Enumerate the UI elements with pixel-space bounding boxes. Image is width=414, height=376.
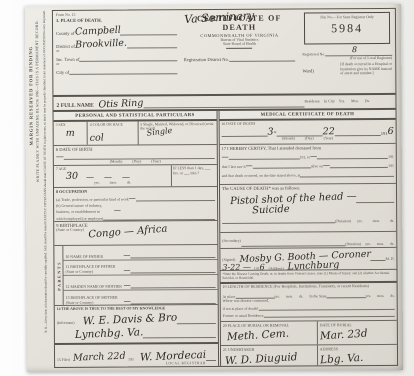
personal-column: PERSONAL AND STATISTICAL PARTICULARS 3 S… [54, 111, 221, 367]
certification-field: 17 I HEREBY CERTIFY, That I attended dec… [220, 144, 396, 185]
fill-line [335, 128, 381, 136]
sex-field: 3 SEX m [54, 122, 88, 145]
file-number: 5984 [305, 21, 389, 37]
fill-line [327, 290, 366, 298]
fill-line [69, 66, 177, 75]
father-birthplace-row: 11 BIRTHPLACE OF FATHER(State or Country… [63, 260, 217, 276]
burial-value: Meth. Cem. [226, 326, 314, 343]
county-value: Campbell [74, 25, 120, 38]
certificate-form: Form No. 13 1. PLACE OF DEATH. County of… [52, 8, 398, 368]
filed-year-printed: 191 [128, 357, 134, 361]
sex-value: m [56, 128, 85, 139]
file-number-section: File No.—For State Registrar Only 5984 R… [299, 9, 395, 94]
age-value: 30 [66, 171, 78, 182]
fill-line [127, 40, 177, 48]
contributory-duration-label: (Duration) [345, 242, 361, 246]
certify-dash: — [246, 162, 253, 170]
residence-sub-label: In City [324, 100, 335, 104]
fill-line [229, 151, 300, 159]
age-dash: — [104, 173, 112, 182]
full-name-label: 2 FULL NAME [56, 103, 93, 109]
district-value: Brookville. [75, 38, 127, 51]
mother-birthplace-label: 13 BIRTHPLACE OF MOTHER(State or Country… [66, 296, 124, 305]
occupation-a-label: (a) Trade, profession, or particular kin… [56, 198, 129, 202]
local-registrar-use-note: (For use of Local Registrar) [302, 56, 392, 61]
registered-no-value: 8 [352, 45, 357, 54]
date-of-death-field: 16 DATE OF DEATH 3- 22 191 6 (Month) (Da… [219, 120, 395, 145]
certify-191c: 191 [388, 164, 394, 168]
hospital-note: [If death occurred in a Hospital or Inst… [340, 62, 392, 76]
address-value: Lynchburg [287, 259, 339, 271]
cause-value-2: Suicide [252, 204, 290, 217]
contributory-field: Contributory(Secondary) (Duration) yrs. … [220, 232, 396, 249]
filed-date-value: March 22d [72, 351, 125, 364]
dob-value: — [56, 152, 64, 161]
occupation-b-value: — [114, 207, 121, 215]
dod-month-value: 3- [267, 127, 276, 138]
footnote-section: *State the Disease Causing Death, or, in… [220, 270, 396, 284]
full-name-value: Otis Ring [99, 98, 144, 111]
age-note: IF LESS than 1 day, ___ hrs. or ___ min.… [173, 166, 216, 175]
fill-line [277, 128, 323, 136]
mother-name-row: 12 MAIDEN NAME OF MOTHER — [64, 275, 218, 291]
informant-section: 14 THE ABOVE IS TRUE TO THE BEST OF MY K… [55, 305, 218, 345]
father-birthplace-label: 11 BIRTHPLACE OF FATHER(State or Country… [65, 265, 123, 274]
fill-line [120, 27, 176, 35]
race-value: col [90, 132, 105, 144]
certificate-title-block: CERTIFICATE OF DEATH COMMONWEALTH OF VIR… [179, 9, 299, 94]
age-dash: — [86, 173, 94, 182]
occupation-b-label-3: which employed (or employer) [56, 217, 103, 221]
at-place-units: yrs. mos. ds. [274, 294, 303, 298]
certify-dash: — [222, 153, 229, 161]
fill-line [136, 193, 215, 201]
fill-line [371, 253, 386, 261]
contributory-sub-label: (Secondary) [222, 239, 241, 243]
fill-line [242, 238, 345, 247]
cause-footnote: *State the Disease Causing Death, or, in… [222, 271, 394, 281]
fill-line [80, 53, 177, 62]
fill-line [300, 169, 394, 178]
marital-value: Single [146, 126, 172, 138]
former-residence-label: Former or usual Residence [223, 313, 264, 317]
registration-district-value: Va Seminary [183, 9, 258, 94]
mother-birthplace-row: 13 BIRTHPLACE OF MOTHER(State or Country… [64, 290, 218, 306]
fill-line [221, 129, 267, 137]
city-label: City of [56, 70, 69, 75]
file-number-box: File No.—For State Registrar Only 5984 [304, 12, 390, 45]
marital-field: 5 Single, Married, Widowed, or Divorced … [138, 121, 216, 144]
undertaker-row: 21 UNDERTAKER W. D. Diuguid ADDRESS Lbg.… [221, 345, 397, 366]
fill-line [177, 316, 216, 324]
columns: PERSONAL AND STATISTICAL PARTICULARS 3 S… [54, 110, 398, 367]
age-field: 7 AGE 30 — — — yrs. mos. ds. IF LESS tha… [54, 165, 217, 188]
birthplace-field: 9 BIRTHPLACE (State or Country) Congo — … [54, 221, 217, 246]
fill-line [131, 280, 216, 289]
place-of-death-section: Form No. 13 1. PLACE OF DEATH. County of… [53, 10, 180, 95]
fill-line [130, 250, 215, 259]
occupation-field: 8 OCCUPATION (a) Trade, profession, or p… [54, 187, 217, 222]
informant-address: Lynchbg. Va. [75, 326, 144, 341]
nb-margin-note: N. B.—Every item of information should b… [42, 10, 48, 333]
scan-background: MARGIN RESERVED FOR BINDING WRITE PLAINL… [0, 0, 414, 376]
signed-label: (Signed) [222, 258, 235, 262]
father-name-row: 10 NAME OF FATHER — [63, 245, 217, 261]
sex-race-marital-row: 3 SEX m 4 COLOR OR RACE col 5 Single, Ma… [54, 121, 217, 146]
dod-day-value: 22 [323, 126, 335, 137]
certify-dash: — [310, 152, 317, 160]
father-birthplace-value: — [123, 267, 130, 275]
filed-label: 15 Filed [57, 358, 70, 362]
certify-dash: — [323, 161, 330, 169]
undertaker-address-value: Lbg. Va. [319, 350, 395, 365]
parents-vertical-label: PARENTS [54, 246, 63, 305]
certify-line3b: alive on [311, 164, 323, 168]
sex-label: 3 SEX [56, 123, 85, 127]
certify-191b: 191 [388, 155, 394, 159]
age-note-cell: IF LESS than 1 day, ___ hrs. or ___ min.… [171, 165, 217, 186]
certify-line4: and that death occurred, on the date sta… [222, 173, 301, 177]
in-state-units: yrs. mos. ds. [366, 294, 395, 298]
cause-of-death-field: The CAUSE OF DEATH* was as follows: Pist… [220, 184, 396, 233]
fill-line [330, 160, 388, 168]
father-name-value: — [123, 252, 130, 260]
fill-line [130, 265, 215, 274]
race-label: 4 COLOR OR RACE [90, 122, 136, 126]
contributory-duration-units: yrs. mos. ds. [365, 242, 394, 246]
fill-line [317, 151, 388, 159]
file-number-label: File No.—For State Registrar Only [305, 15, 389, 20]
race-field: 4 COLOR OR RACE col [88, 121, 139, 144]
undertaker-value: W. D. Diuguid [225, 350, 315, 366]
residence-label: Residence [304, 100, 320, 104]
length-of-residence-field: 19 LENGTH OF RESIDENCE (For Hospitals, I… [220, 283, 396, 322]
signed-date-value: 3-22 — [222, 263, 251, 271]
fill-line [144, 99, 305, 108]
ward-label: Ward) [302, 68, 313, 73]
date-of-burial-field: DATE OF BURIAL Mar. 23d [318, 321, 397, 344]
inc-town-label: Inc. Town of [56, 57, 79, 62]
residence-units: Yrs. Mos. Ds. [339, 99, 370, 103]
duration-label: (Duration) [335, 219, 351, 223]
certify-line3a: that I last saw h [222, 165, 246, 169]
mother-birthplace-value: — [124, 298, 131, 306]
dod-year-printed: 191 [381, 131, 388, 136]
occupation-b-label-1: (b) General nature of industry, [56, 204, 102, 208]
death-certificate-sheet: MARGIN RESERVED FOR BINDING WRITE PLAINL… [25, 4, 403, 372]
place-of-burial-field: 20 PLACE OF BURIAL OR REMOVAL Meth. Cem. [221, 321, 318, 345]
medical-column: MEDICAL CERTIFICATE OF DEATH 16 DATE OF … [219, 110, 397, 366]
mother-name-value: — [124, 282, 131, 290]
md-label: M. D. [385, 257, 394, 261]
county-label: County of [56, 31, 75, 36]
fill-line [235, 290, 274, 298]
write-plainly-note: WRITE PLAINLY WITH UNFADING BLACK INK—TH… [35, 20, 40, 182]
informant-label: (Informant) [57, 321, 75, 325]
registered-no-label: Registered No. [302, 52, 325, 56]
signed-field: (Signed) Mosby G. Booth — Coroner M. D. … [220, 248, 396, 271]
form-header: Form No. 13 1. PLACE OF DEATH. County of… [53, 9, 396, 97]
form-number: Form No. 13 [56, 12, 177, 17]
in-state-label: In the State [309, 294, 326, 298]
duration-units: yrs. mos. ds. [357, 219, 394, 223]
fill-line [253, 160, 311, 168]
fill-line [143, 330, 215, 338]
mother-name-label: 12 MAIDEN NAME OF MOTHER [66, 284, 124, 289]
undertaker-field: 21 UNDERTAKER W. D. Diuguid [221, 345, 318, 366]
occupation-a-value: — [129, 194, 136, 202]
burial-row: 20 PLACE OF BURIAL OR REMOVAL Meth. Cem.… [221, 321, 397, 346]
fill-line [222, 215, 335, 224]
fill-line [206, 353, 216, 361]
fill-line [357, 195, 395, 203]
burial-date-value: Mar. 23d [319, 326, 395, 342]
fill-line [263, 309, 394, 318]
undertaker-address-field: ADDRESS Lbg. Va. [318, 345, 397, 365]
disease-contracted-q2: if not at place of death? [223, 307, 259, 311]
dod-year-value: 6 [388, 126, 394, 137]
age-main: 7 AGE 30 — — — yrs. mos. ds. [54, 165, 171, 187]
age-dash: — [122, 173, 130, 182]
occupation-b-label-2: business, or establishment in [56, 210, 100, 214]
binding-margin-note: MARGIN RESERVED FOR BINDING [28, 46, 34, 145]
father-name-label: 10 NAME OF FATHER [65, 254, 123, 259]
parents-section: PARENTS 10 NAME OF FATHER — 11 BIRTHPLAC… [54, 245, 217, 306]
fill-line [131, 296, 216, 305]
filed-section: 15 Filed March 22d 191 W. Mordecai LOCAL… [55, 344, 218, 367]
date-of-birth-field: 6 DATE OF BIRTH — (Month) (Day) (Year) [54, 145, 217, 166]
